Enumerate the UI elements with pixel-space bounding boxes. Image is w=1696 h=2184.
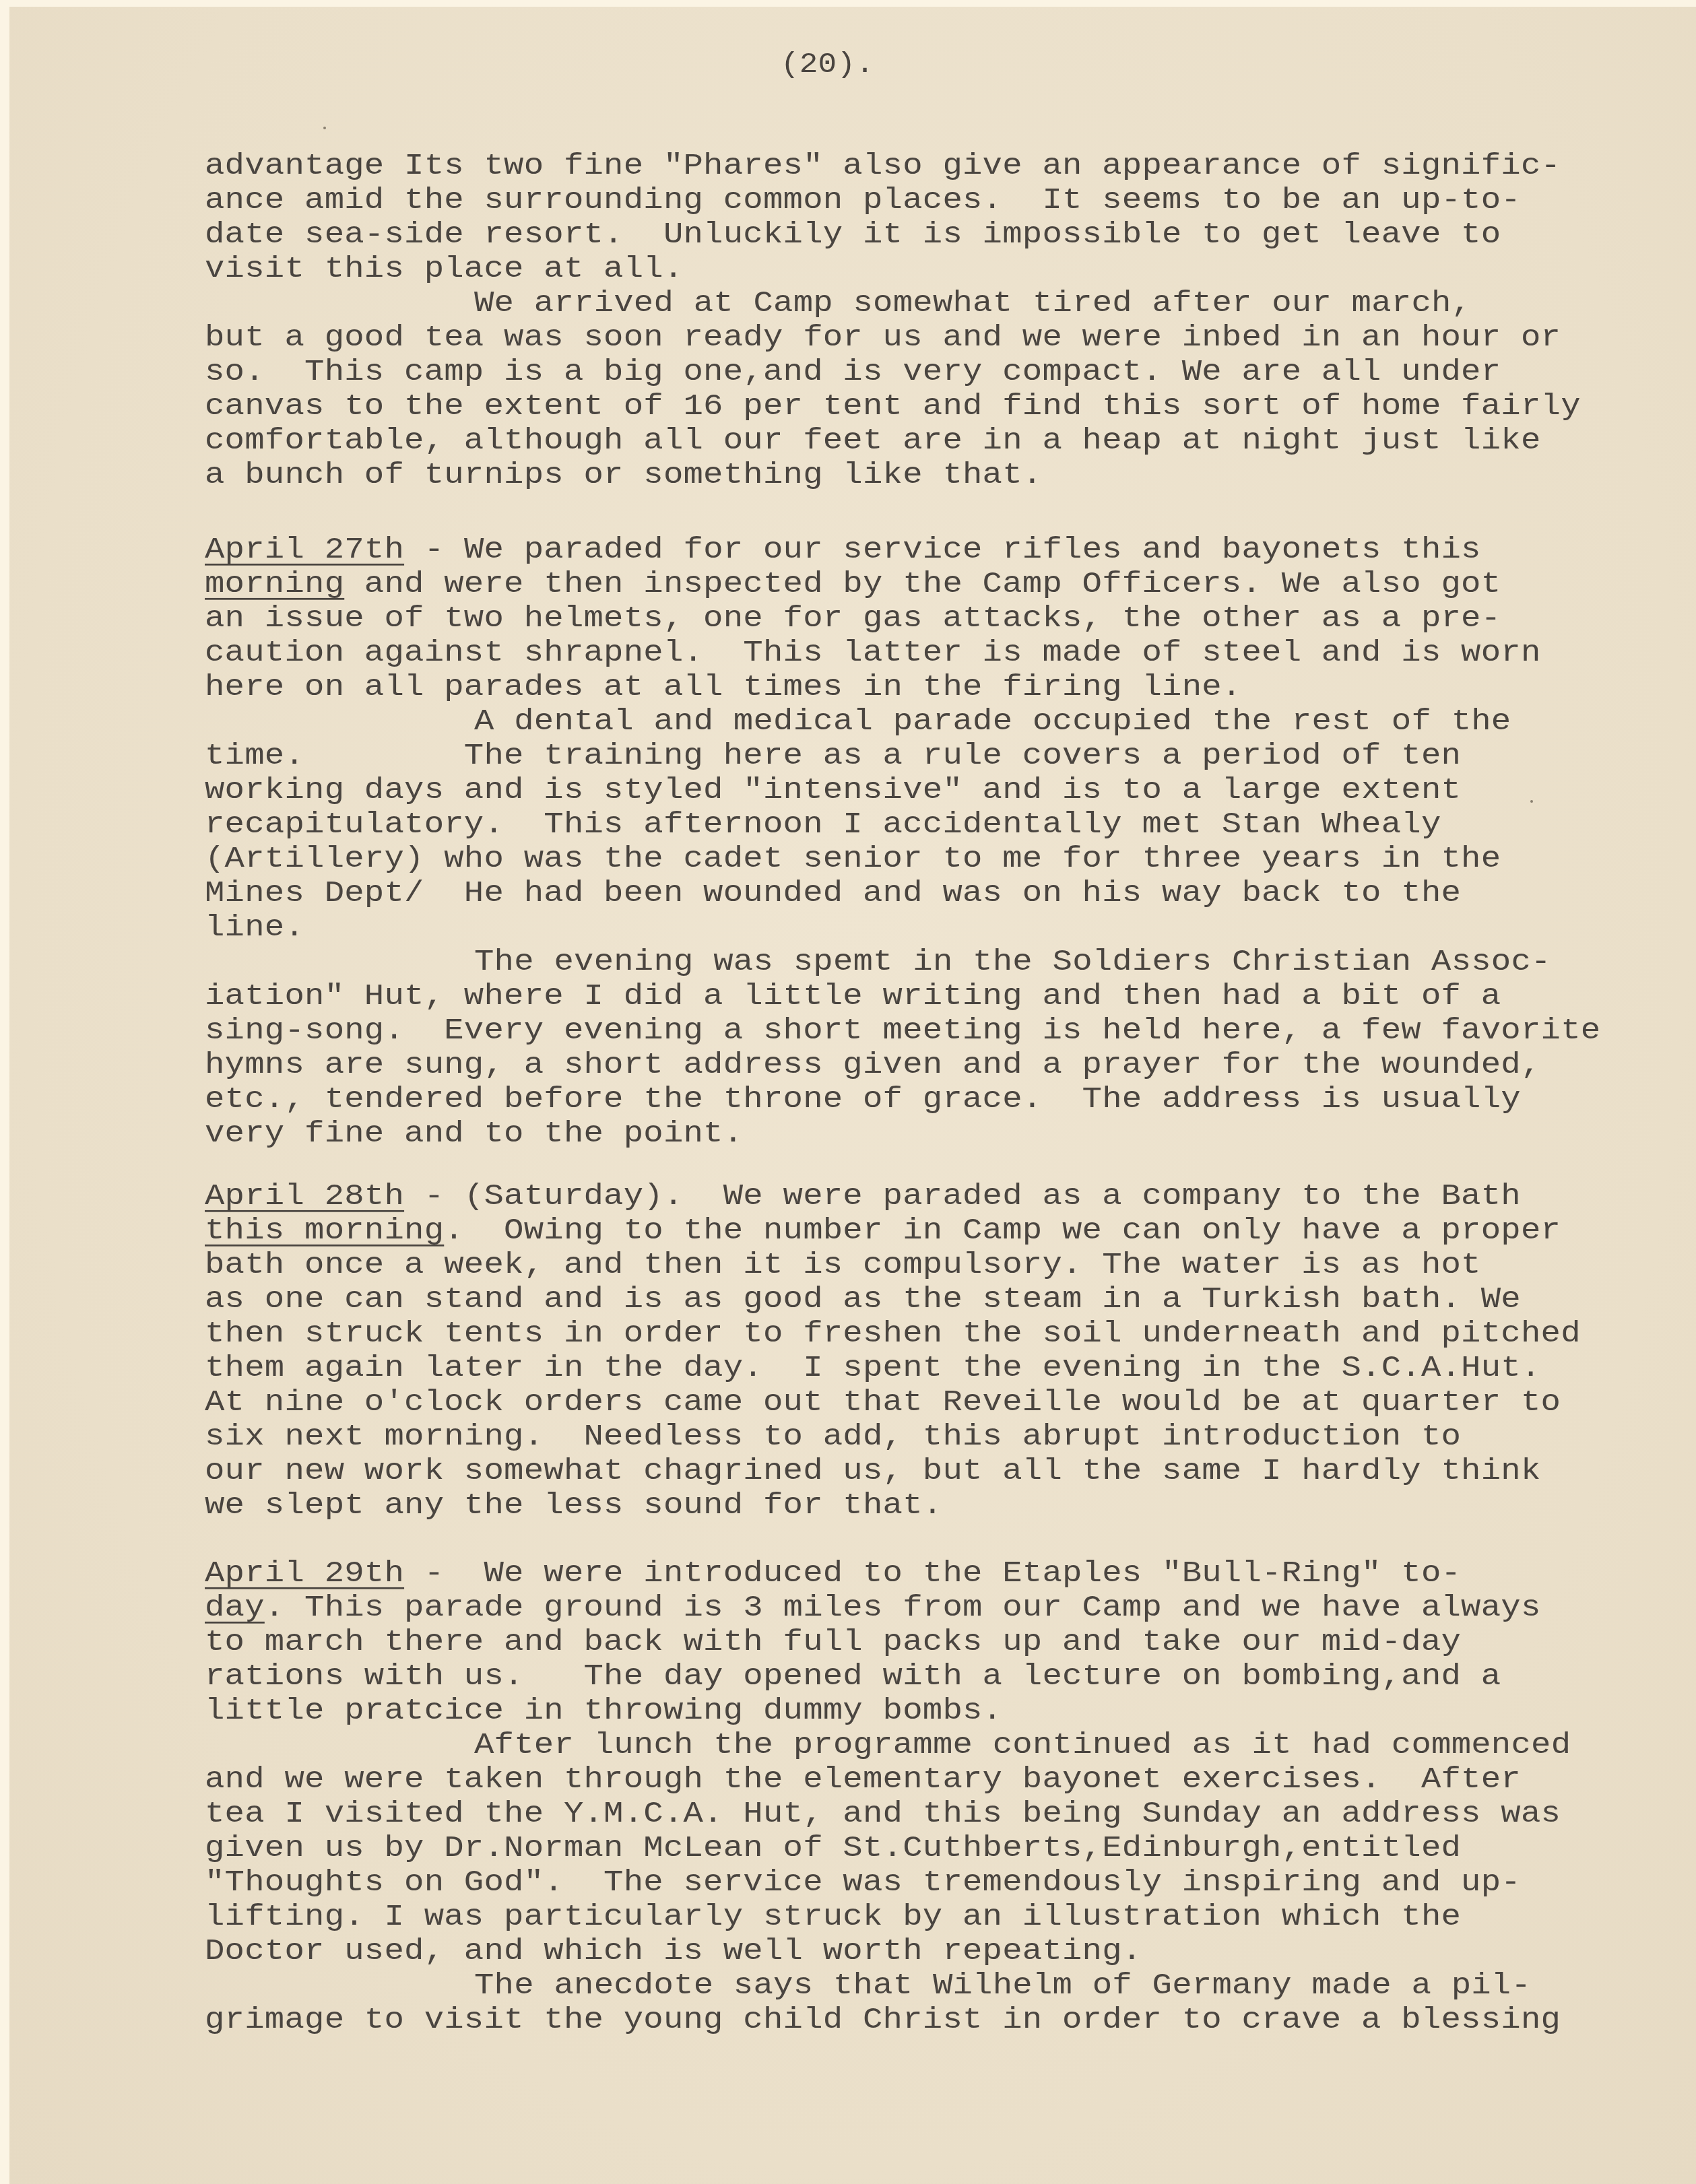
line-text: to march there and back with full packs … xyxy=(205,1624,1461,1659)
line-text: - (Saturday). We were paraded as a compa… xyxy=(404,1179,1521,1214)
line-text: Doctor used, and which is well worth rep… xyxy=(205,1933,1142,1968)
line-text: given us by Dr.Norman McLean of St.Cuthb… xyxy=(205,1830,1461,1865)
text-line: line. xyxy=(205,910,304,945)
text-line: visit this place at all. xyxy=(205,251,684,286)
line-text: comfortable, although all our feet are i… xyxy=(205,423,1541,458)
text-line: etc., tendered before the throne of grac… xyxy=(205,1082,1521,1117)
text-line: comfortable, although all our feet are i… xyxy=(205,423,1541,458)
text-line: We arrived at Camp somewhat tired after … xyxy=(474,286,1471,321)
line-text: line. xyxy=(205,910,304,945)
line-text: an issue of two helmets, one for gas att… xyxy=(205,601,1501,636)
line-text: . Owing to the number in Camp we can onl… xyxy=(444,1213,1561,1248)
text-line: given us by Dr.Norman McLean of St.Cuthb… xyxy=(205,1830,1461,1865)
line-text: we slept any the less sound for that. xyxy=(205,1488,942,1523)
paper-speck xyxy=(1530,800,1533,803)
line-text: The evening was spemt in the Soldiers Ch… xyxy=(474,944,1551,979)
line-text: lifting. I was particularly struck by an… xyxy=(205,1899,1461,1934)
line-text: working days and is styled "intensive" a… xyxy=(205,772,1461,807)
line-text: ance amid the surrounding common places.… xyxy=(205,183,1521,218)
line-text: recapitulatory. This afternoon I acciden… xyxy=(205,807,1441,842)
line-text: We arrived at Camp somewhat tired after … xyxy=(474,286,1471,321)
entry-date: April 27th xyxy=(205,532,404,567)
line-text: etc., tendered before the throne of grac… xyxy=(205,1082,1521,1117)
line-text: canvas to the extent of 16 per tent and … xyxy=(205,389,1581,424)
text-line: working days and is styled "intensive" a… xyxy=(205,772,1461,807)
underlined-text: day xyxy=(205,1590,265,1625)
text-line: time. The training here as a rule covers… xyxy=(205,738,1461,773)
line-text: - We paraded for our service rifles and … xyxy=(404,532,1481,567)
text-line: here on all parades at all times in the … xyxy=(205,669,1241,704)
text-line: sing-song. Every evening a short meeting… xyxy=(205,1013,1600,1048)
text-line: to march there and back with full packs … xyxy=(205,1624,1461,1659)
text-line: then struck tents in order to freshen th… xyxy=(205,1316,1581,1351)
line-text: and we were taken through the elementary… xyxy=(205,1762,1521,1797)
text-line: as one can stand and is as good as the s… xyxy=(205,1282,1521,1317)
line-text: little pratcice in throwing dummy bombs. xyxy=(205,1693,1002,1728)
line-text: as one can stand and is as good as the s… xyxy=(205,1282,1521,1317)
text-line: caution against shrapnel. This latter is… xyxy=(205,635,1541,670)
text-line: so. This camp is a big one,and is very c… xyxy=(205,354,1501,389)
line-text: caution against shrapnel. This latter is… xyxy=(205,635,1541,670)
underlined-text: this morning xyxy=(205,1213,444,1248)
text-line: Mines Dept/ He had been wounded and was … xyxy=(205,875,1461,911)
text-line: (Artillery) who was the cadet senior to … xyxy=(205,841,1501,876)
line-text: then struck tents in order to freshen th… xyxy=(205,1316,1581,1351)
diary-entry-heading-line: April 29th - We were introduced to the E… xyxy=(205,1556,1461,1591)
text-line: very fine and to the point. xyxy=(205,1116,743,1151)
underlined-text: morning xyxy=(205,566,344,601)
line-text: sing-song. Every evening a short meeting… xyxy=(205,1013,1600,1048)
text-line: and we were taken through the elementary… xyxy=(205,1762,1521,1797)
line-text: hymns are sung, a short address given an… xyxy=(205,1047,1541,1082)
text-line: but a good tea was soon ready for us and… xyxy=(205,320,1561,355)
text-line: them again later in the day. I spent the… xyxy=(205,1350,1541,1385)
text-line: we slept any the less sound for that. xyxy=(205,1488,942,1523)
diary-entry-heading-line: April 28th - (Saturday). We were paraded… xyxy=(205,1179,1521,1214)
line-text: them again later in the day. I spent the… xyxy=(205,1350,1541,1385)
text-line: grimage to visit the young child Christ … xyxy=(205,2002,1561,2037)
text-line: The evening was spemt in the Soldiers Ch… xyxy=(474,944,1551,979)
text-line: this morning. Owing to the number in Cam… xyxy=(205,1213,1561,1248)
line-text: a bunch of turnips or something like tha… xyxy=(205,457,1042,492)
line-text: The anecdote says that Wilhelm of German… xyxy=(474,1968,1531,2003)
paper-speck xyxy=(323,127,326,129)
text-line: an issue of two helmets, one for gas att… xyxy=(205,601,1501,636)
line-text: our new work somewhat chagrined us, but … xyxy=(205,1453,1541,1488)
line-text: time. The training here as a rule covers… xyxy=(205,738,1461,773)
line-text: but a good tea was soon ready for us and… xyxy=(205,320,1561,355)
text-line: day. This parade ground is 3 miles from … xyxy=(205,1590,1541,1625)
line-text: After lunch the programme continued as i… xyxy=(474,1727,1571,1762)
text-line: lifting. I was particularly struck by an… xyxy=(205,1899,1461,1934)
line-text: bath once a week, and then it is compuls… xyxy=(205,1247,1481,1282)
text-line: hymns are sung, a short address given an… xyxy=(205,1047,1541,1082)
text-line: "Thoughts on God". The service was treme… xyxy=(205,1865,1521,1900)
typewritten-page: (20). advantage Its two fine "Phares" al… xyxy=(9,7,1696,2184)
text-line: little pratcice in throwing dummy bombs. xyxy=(205,1693,1002,1728)
line-text: iation" Hut, where I did a little writin… xyxy=(205,979,1501,1014)
text-line: canvas to the extent of 16 per tent and … xyxy=(205,389,1581,424)
text-line: iation" Hut, where I did a little writin… xyxy=(205,979,1501,1014)
line-text: tea I visited the Y.M.C.A. Hut, and this… xyxy=(205,1796,1561,1831)
entry-date: April 28th xyxy=(205,1179,404,1214)
text-line: After lunch the programme continued as i… xyxy=(474,1727,1571,1762)
line-text: - We were introduced to the Etaples "Bul… xyxy=(404,1556,1461,1591)
text-line: advantage Its two fine "Phares" also giv… xyxy=(205,148,1561,183)
line-text: rations with us. The day opened with a l… xyxy=(205,1659,1501,1694)
text-line: ance amid the surrounding common places.… xyxy=(205,183,1521,218)
line-text: very fine and to the point. xyxy=(205,1116,743,1151)
line-text: advantage Its two fine "Phares" also giv… xyxy=(205,148,1561,183)
line-text: six next morning. Needless to add, this … xyxy=(205,1419,1461,1454)
text-line: recapitulatory. This afternoon I acciden… xyxy=(205,807,1441,842)
line-text: Mines Dept/ He had been wounded and was … xyxy=(205,875,1461,911)
text-line: morning and were then inspected by the C… xyxy=(205,566,1501,601)
text-line: a bunch of turnips or something like tha… xyxy=(205,457,1042,492)
text-line: bath once a week, and then it is compuls… xyxy=(205,1247,1481,1282)
text-line: Doctor used, and which is well worth rep… xyxy=(205,1933,1142,1968)
line-text: A dental and medical parade occupied the… xyxy=(474,704,1511,739)
text-line: tea I visited the Y.M.C.A. Hut, and this… xyxy=(205,1796,1561,1831)
text-line: The anecdote says that Wilhelm of German… xyxy=(474,1968,1531,2003)
line-text: and were then inspected by the Camp Offi… xyxy=(344,566,1501,601)
line-text: (Artillery) who was the cadet senior to … xyxy=(205,841,1501,876)
entry-date: April 29th xyxy=(205,1556,404,1591)
page-number: (20). xyxy=(781,48,874,81)
line-text: . This parade ground is 3 miles from our… xyxy=(265,1590,1541,1625)
text-line: six next morning. Needless to add, this … xyxy=(205,1419,1461,1454)
line-text: At nine o'clock orders came out that Rev… xyxy=(205,1385,1561,1420)
line-text: "Thoughts on God". The service was treme… xyxy=(205,1865,1521,1900)
text-line: A dental and medical parade occupied the… xyxy=(474,704,1511,739)
line-text: date sea-side resort. Unluckily it is im… xyxy=(205,217,1501,252)
text-line: rations with us. The day opened with a l… xyxy=(205,1659,1501,1694)
text-line: At nine o'clock orders came out that Rev… xyxy=(205,1385,1561,1420)
text-line: our new work somewhat chagrined us, but … xyxy=(205,1453,1541,1488)
line-text: grimage to visit the young child Christ … xyxy=(205,2002,1561,2037)
line-text: visit this place at all. xyxy=(205,251,684,286)
line-text: so. This camp is a big one,and is very c… xyxy=(205,354,1501,389)
line-text: here on all parades at all times in the … xyxy=(205,669,1241,704)
text-line: date sea-side resort. Unluckily it is im… xyxy=(205,217,1501,252)
diary-entry-heading-line: April 27th - We paraded for our service … xyxy=(205,532,1481,567)
